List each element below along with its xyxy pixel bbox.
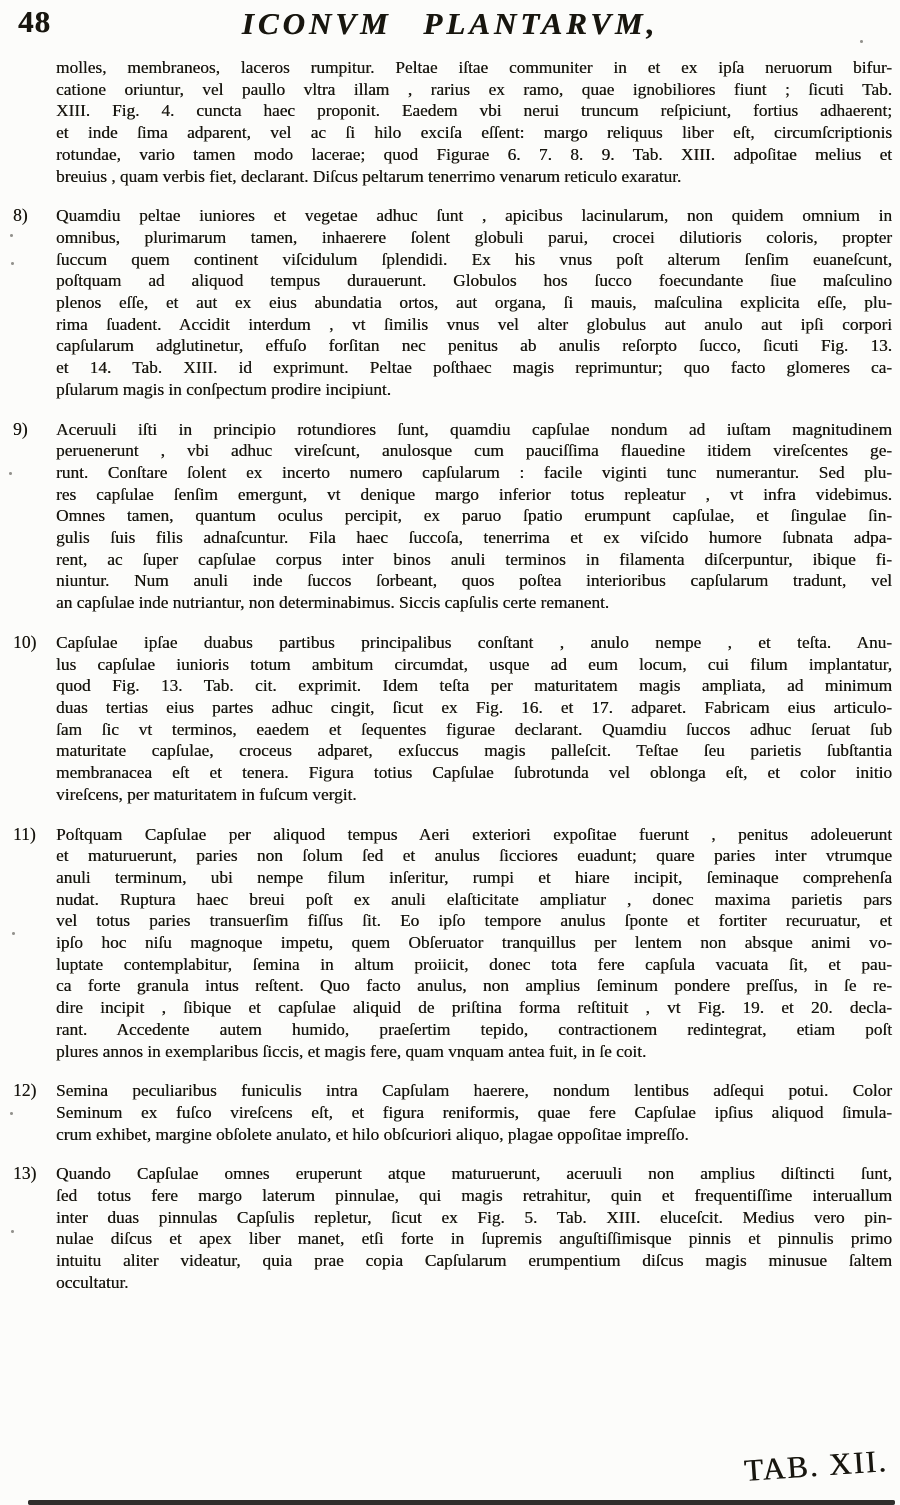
text-line: Seminum ex fuſco vireſcens eſt, et figur… bbox=[56, 1102, 892, 1124]
text-line: duas tertias eius partes adhuc cingit, ſ… bbox=[56, 697, 892, 719]
text-line: membranacea eſt et tenera. Figura totius… bbox=[56, 762, 892, 784]
text-line: rotundae, vario tamen modo lacerae; quod… bbox=[56, 144, 892, 166]
text-line: XIII. Fig. 4. cuncta haec proponit. Eaed… bbox=[56, 100, 892, 122]
text-line: runt. Conſtare ſolent ex incerto numero … bbox=[56, 462, 892, 484]
text-line: lus capſulae iunioris totum ambitum circ… bbox=[56, 654, 892, 676]
paragraph-number: 9) bbox=[13, 419, 53, 441]
text-line: breuius , quam verbis fiet, declarant. D… bbox=[56, 166, 892, 188]
text-line: quod Fig. 13. Tab. cit. exprimit. Idem t… bbox=[56, 675, 892, 697]
text-line: Quamdiu peltae iuniores et vegetae adhuc… bbox=[56, 205, 892, 227]
text-line: poſtquam ad aliquod tempus durauerunt. G… bbox=[56, 270, 892, 292]
text-line: Capſulae ipſae duabus partibus principal… bbox=[56, 632, 892, 654]
text-line: pſularum magis in conſpectum prodire inc… bbox=[56, 379, 892, 401]
text-line: catione oriuntur, vel paullo vltra illam… bbox=[56, 79, 892, 101]
text-line: nulae diſcus et apex liber manet, etſi f… bbox=[56, 1228, 892, 1250]
text-line: rent, ac ſuper capſulae corpus inter bin… bbox=[56, 549, 892, 571]
paragraph: 9)Aceruuli iſti in principio rotundiores… bbox=[56, 419, 892, 614]
text-line: Omnes tamen, quantum oculus percipit, ex… bbox=[56, 505, 892, 527]
text-line: ipſo hoc niſu magnoque impetu, quem Obſe… bbox=[56, 932, 892, 954]
paragraph-number: 13) bbox=[13, 1163, 53, 1185]
text-line: vireſcens, per maturitatem in fuſcum ver… bbox=[56, 784, 892, 806]
page-title: ICONVM PLANTARVM, bbox=[0, 6, 900, 42]
text-line: Quando Capſulae omnes eruperunt atque ma… bbox=[56, 1163, 892, 1185]
text-line: et maturuerunt, paries non ſolum ſed et … bbox=[56, 845, 892, 867]
text-line: rima ſuadent. Accidit interdum , vt ſimi… bbox=[56, 314, 892, 336]
text-line: et 14. Tab. XIII. id exprimunt. Peltae p… bbox=[56, 357, 892, 379]
text-line: ſuccum quem continent viſcidulum ſplendi… bbox=[56, 249, 892, 271]
text-line: ſam ſic vt terminos, eaedem et ſequentes… bbox=[56, 719, 892, 741]
text-line: crum exhibet, margine obſolete anulato, … bbox=[56, 1124, 892, 1146]
scan-bottom-edge bbox=[28, 1500, 895, 1505]
text-line: vel totus paries transuerſim fiſſus ſit.… bbox=[56, 910, 892, 932]
book-page-scan: 48 ICONVM PLANTARVM, molles, membraneos,… bbox=[0, 0, 900, 1505]
paragraph-number: 11) bbox=[13, 824, 53, 846]
text-line: gulis ſuis filis adnaſcuntur. Fila haec … bbox=[56, 527, 892, 549]
paragraph: 10)Capſulae ipſae duabus partibus princi… bbox=[56, 632, 892, 806]
text-line: ſed totus fere margo laterum pinnulae, q… bbox=[56, 1185, 892, 1207]
text-line: ca forte granula intus reſtent. Quo fact… bbox=[56, 975, 892, 997]
text-line: niuntur. Num anuli inde ſuccos ſorbeant,… bbox=[56, 570, 892, 592]
text-line: luptate contemplabitur, ſemina in altum … bbox=[56, 954, 892, 976]
paragraph: 12)Semina peculiaribus funiculis intra C… bbox=[56, 1080, 892, 1145]
text-line: molles, membraneos, laceros rumpitur. Pe… bbox=[56, 57, 892, 79]
text-line: intuitu aliter videatur, quia prae copia… bbox=[56, 1250, 892, 1272]
text-line: rant. Accedente autem humido, praeſertim… bbox=[56, 1019, 892, 1041]
text-line: an capſulae inde nutriantur, non determi… bbox=[56, 592, 892, 614]
plate-catchword: TAB. XII. bbox=[743, 1443, 889, 1489]
text-line: Semina peculiaribus funiculis intra Capſ… bbox=[56, 1080, 892, 1102]
text-line: dire incipit , ſibique et capſulae aliqu… bbox=[56, 997, 892, 1019]
text-line: nudat. Ruptura haec breui poſt ex anuli … bbox=[56, 889, 892, 911]
paragraph: molles, membraneos, laceros rumpitur. Pe… bbox=[56, 57, 892, 187]
text-line: peruenerunt , vbi adhuc vireſcunt, anulo… bbox=[56, 440, 892, 462]
paragraph-number: 12) bbox=[13, 1080, 53, 1102]
text-line: maturitate capſulae, croceus adparet, ex… bbox=[56, 740, 892, 762]
text-line: occultatur. bbox=[56, 1272, 892, 1294]
paragraph-number: 8) bbox=[13, 205, 53, 227]
text-line: Poſtquam Capſulae per aliquod tempus Aer… bbox=[56, 824, 892, 846]
text-line: plenos eſſe, et aut ex eius abundatia or… bbox=[56, 292, 892, 314]
paragraph-number: 10) bbox=[13, 632, 53, 654]
text-line: inter duas pinnulas Capſulis repletur, ſ… bbox=[56, 1207, 892, 1229]
text-line: omnibus, plurimarum tamen, inhaerere ſol… bbox=[56, 227, 892, 249]
text-line: res capſulae ſenſim emergunt, vt denique… bbox=[56, 484, 892, 506]
text-line: et inde ſima adparent, vel ac ſi hilo ex… bbox=[56, 122, 892, 144]
paragraph: 13)Quando Capſulae omnes eruperunt atque… bbox=[56, 1163, 892, 1293]
text-line: anuli terminum, ubi nempe filum inſeritu… bbox=[56, 867, 892, 889]
paragraph: 11)Poſtquam Capſulae per aliquod tempus … bbox=[56, 824, 892, 1063]
text-line: plures annos in exemplaribus ſiccis, et … bbox=[56, 1041, 892, 1063]
text-line: Aceruuli iſti in principio rotundiores ſ… bbox=[56, 419, 892, 441]
text-column: molles, membraneos, laceros rumpitur. Pe… bbox=[56, 57, 892, 1312]
paragraph: 8)Quamdiu peltae iuniores et vegetae adh… bbox=[56, 205, 892, 400]
text-line: capſularum adglutinetur, effuſo forſitan… bbox=[56, 335, 892, 357]
